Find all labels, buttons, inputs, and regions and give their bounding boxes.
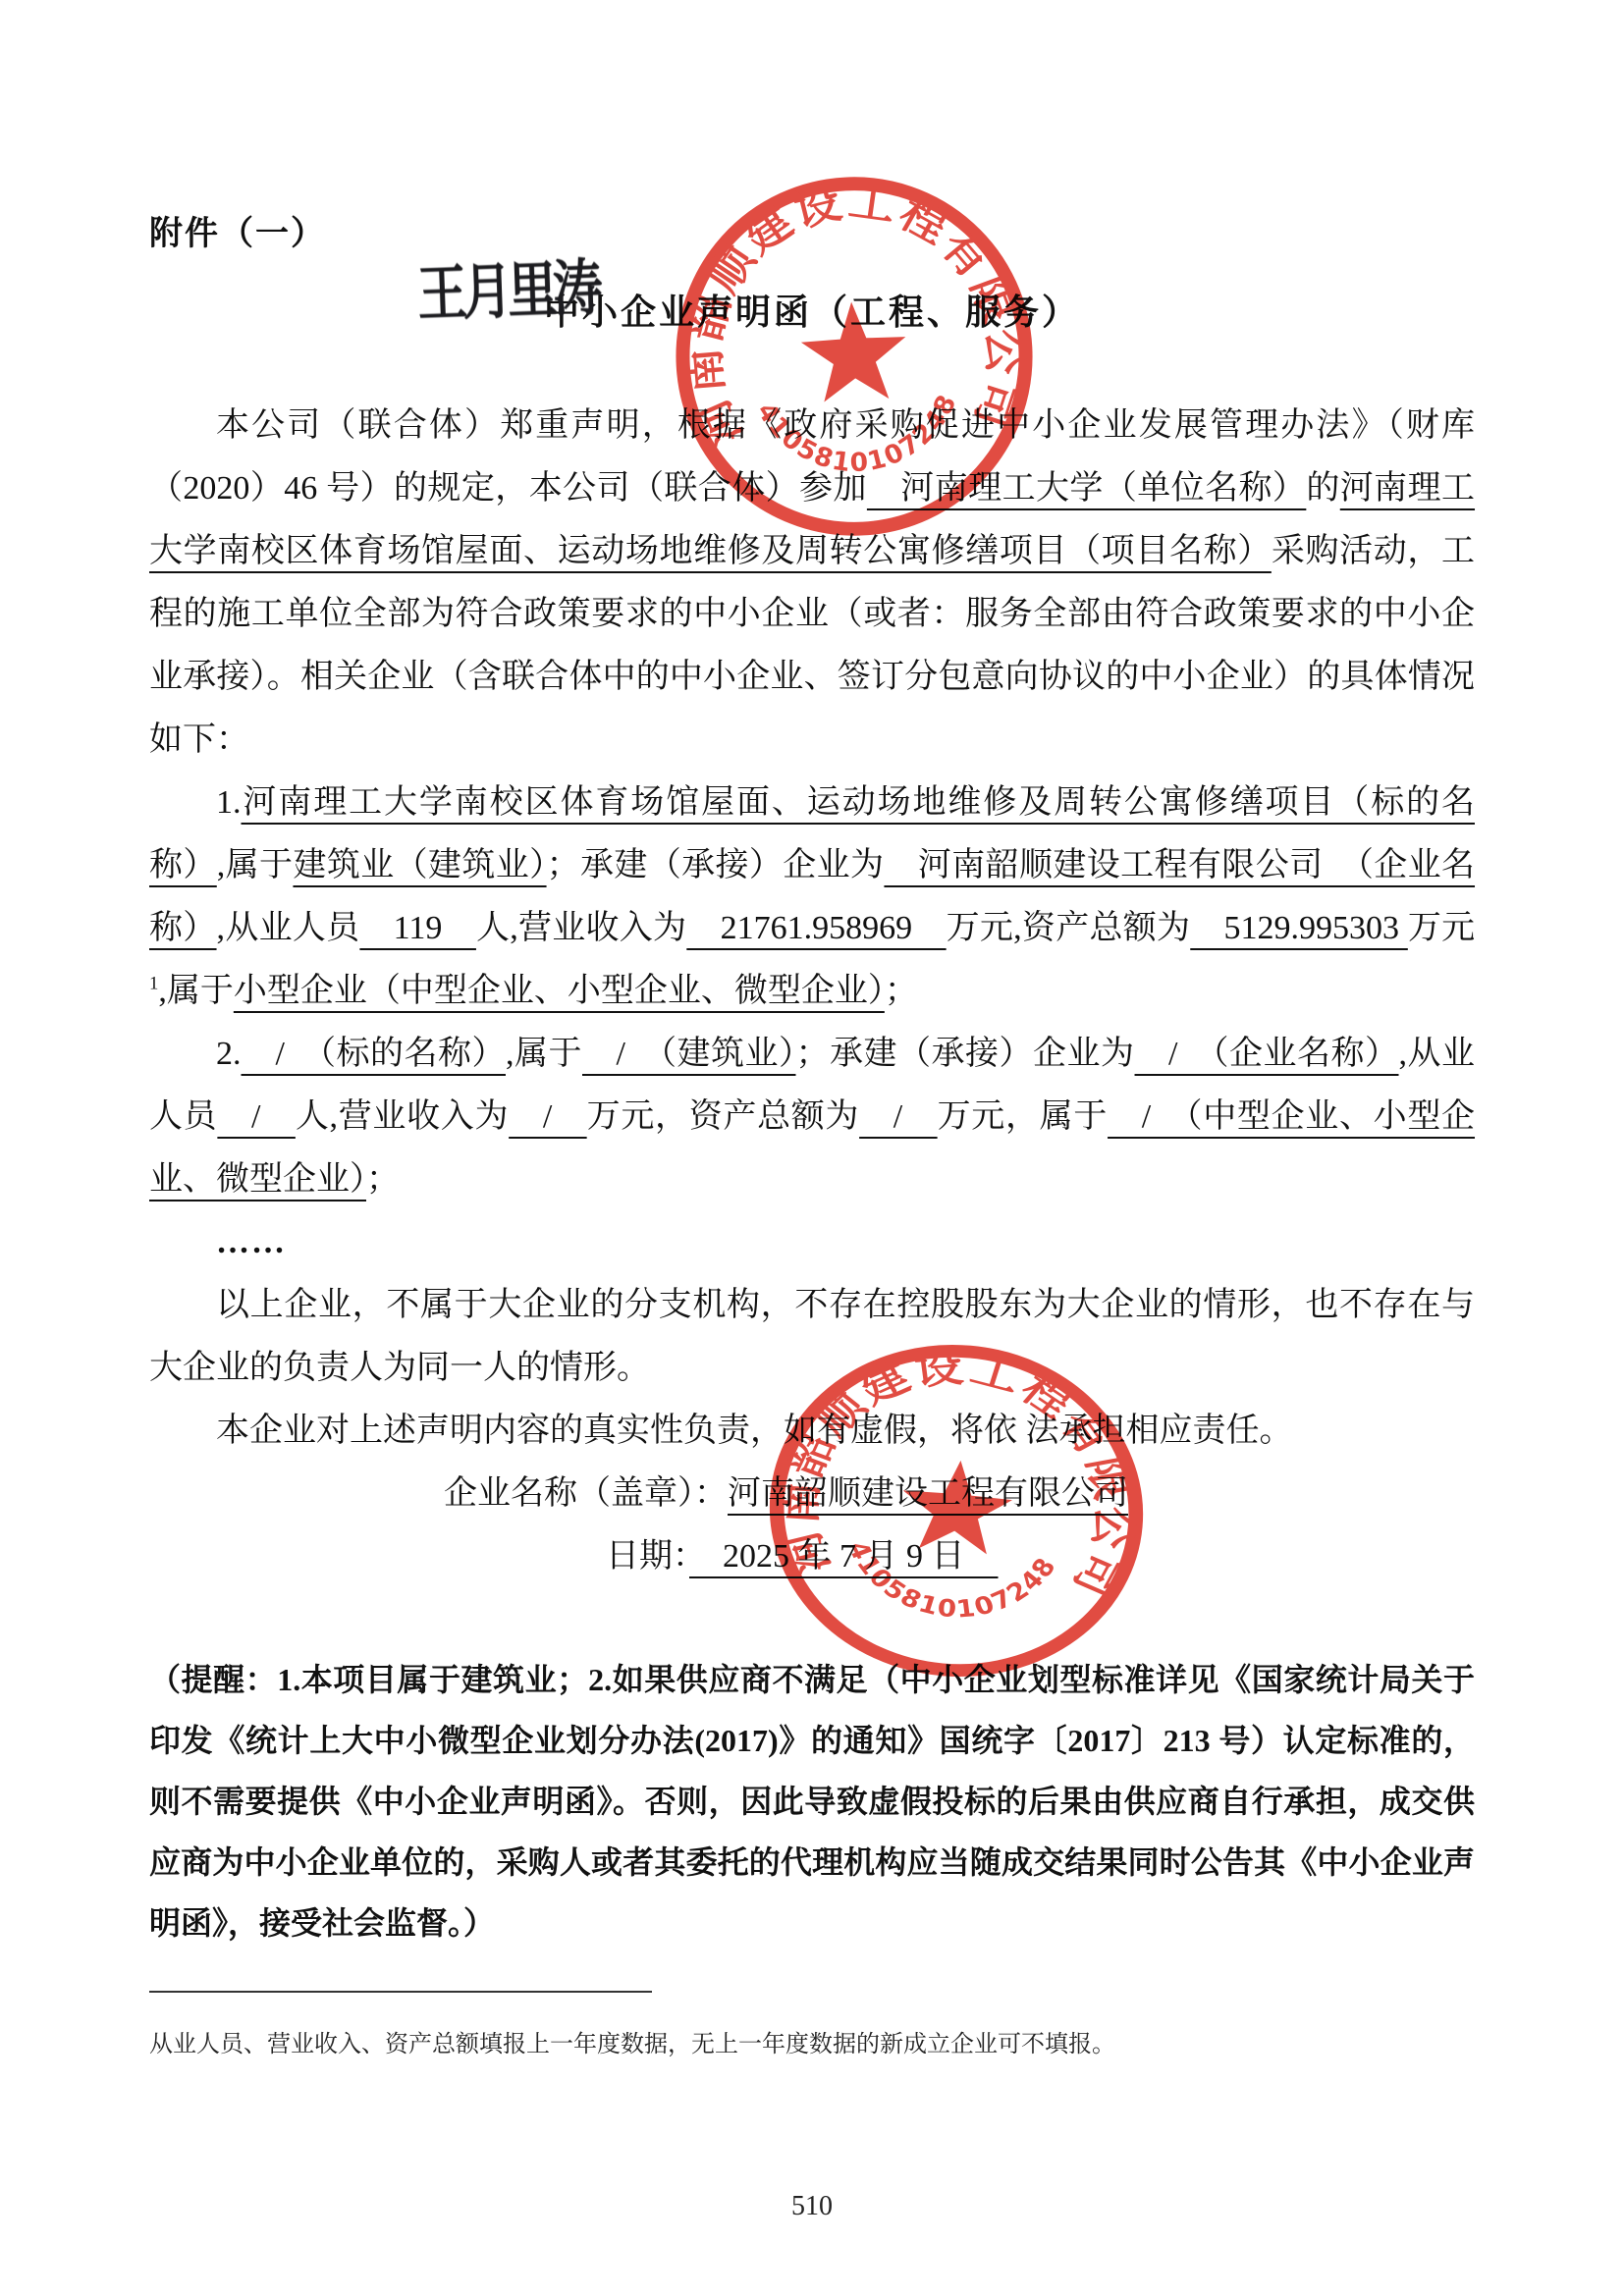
text-run: 的 xyxy=(1306,470,1339,507)
svg-text:4105810107248: 4105810107248 xyxy=(750,388,967,483)
text-run: （提醒：1.本项目属于建筑业；2.如果供应商不满足（中小企业划型标准详见《国家统… xyxy=(149,1662,1475,1941)
text-run: 万元，资产总额为 xyxy=(587,1098,859,1135)
text-run: ,从业人员 xyxy=(217,910,360,946)
text-run: …… xyxy=(216,1224,287,1260)
text-run: ； xyxy=(366,1161,400,1198)
seal-number-text: 4105810107248 xyxy=(836,1535,1064,1632)
text-run: ；承建（承接）企业为 xyxy=(547,847,885,883)
text-run: ,属于 xyxy=(506,1036,582,1072)
company-seal-bottom: 河南韶顺建设工程有限公司 4105810107248 xyxy=(750,1327,1163,1695)
footnote-divider xyxy=(149,1991,652,1993)
filled-blank: / （标的名称） xyxy=(242,1036,506,1072)
text-run: 2. xyxy=(216,1036,242,1072)
seal-number-text: 4105810107248 xyxy=(750,388,967,483)
text-run: 人,营业收入为 xyxy=(296,1098,509,1135)
text-run: ,属于 xyxy=(217,847,294,883)
text-run: 万元，属于 xyxy=(938,1098,1108,1135)
text-run: 1 xyxy=(149,974,158,994)
filled-blank: 5129.995303 xyxy=(1190,910,1408,946)
text-run: ； xyxy=(885,973,918,1009)
filled-blank: 119 xyxy=(359,910,476,946)
filled-blank: 21761.958969 xyxy=(686,910,946,946)
text-run: ；承建（承接）企业为 xyxy=(795,1036,1134,1072)
paragraph: （提醒：1.本项目属于建筑业；2.如果供应商不满足（中小企业划型标准详见《国家统… xyxy=(149,1649,1475,1953)
filled-blank: 小型企业（中型企业、小型企业、微型企业） xyxy=(234,973,885,1009)
paragraph: 1.河南理工大学南校区体育场馆屋面、运动场地维修及周转公寓修缮项目（标的名称）,… xyxy=(149,772,1475,1023)
document-page: 附件（一） 中小企业声明函（工程、服务） 王月里涛 本公司（联合体）郑重声明，根… xyxy=(0,0,1624,2296)
text-run: ,属于 xyxy=(158,973,234,1009)
text-run: 企业名称（盖章）： xyxy=(444,1475,728,1512)
company-seal-top: 河南韶顺建设工程有限公司 4105810107248 xyxy=(662,165,1048,547)
svg-text:4105810107248: 4105810107248 xyxy=(836,1535,1064,1632)
paragraph: …… xyxy=(149,1211,1475,1274)
attachment-label: 附件（一） xyxy=(149,206,326,254)
seal-star-icon xyxy=(898,1456,1015,1556)
text-run: 日期： xyxy=(606,1538,689,1575)
paragraph: 2. / （标的名称）,属于 / （建筑业）；承建（承接）企业为 / （企业名称… xyxy=(149,1023,1475,1211)
text-run: 万元,资产总额为 xyxy=(947,910,1191,946)
text-run: 1. xyxy=(216,784,242,821)
filled-blank: 建筑业（建筑业） xyxy=(293,847,546,883)
text-run: 万元 xyxy=(1408,910,1475,946)
filled-blank: / xyxy=(509,1098,587,1135)
filled-blank: / xyxy=(217,1098,296,1135)
filled-blank: / （建筑业） xyxy=(582,1036,795,1072)
filled-blank: / xyxy=(859,1098,938,1135)
page-number: 510 xyxy=(0,2191,1624,2222)
document-body: 本公司（联合体）郑重声明，根据《政府采购促进中小企业发展管理办法》（财库（202… xyxy=(149,395,1475,1953)
text-run: 人,营业收入为 xyxy=(476,910,686,946)
filled-blank: / （企业名称） xyxy=(1135,1036,1399,1072)
footnote-text: 从业人员、营业收入、资产总额填报上一年度数据，无上一年度数据的新成立企业可不填报… xyxy=(149,2024,1475,2058)
handwritten-signature: 王月里涛 xyxy=(415,240,599,333)
seal-star-icon xyxy=(799,299,909,403)
